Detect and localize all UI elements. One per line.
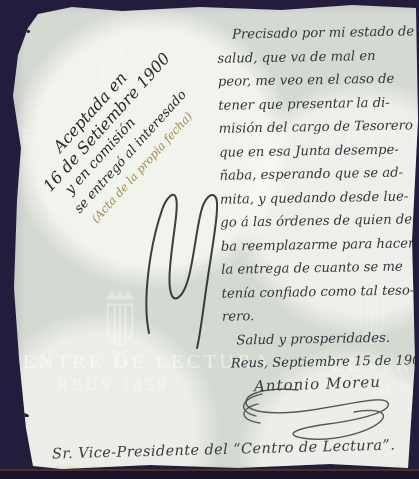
letter-line: rero. bbox=[222, 306, 419, 333]
ink-speck bbox=[21, 413, 29, 417]
letter-line: misión del cargo de Tesorero bbox=[219, 118, 419, 145]
watermark-crest-icon bbox=[350, 284, 394, 350]
watermark-subtitle-lower-right: EUS 18 bbox=[372, 381, 419, 399]
ink-speck bbox=[19, 17, 24, 24]
scanned-letter-page: { "colors": { "background": "#241c3c", "… bbox=[0, 0, 419, 479]
ink-speck bbox=[27, 30, 30, 33]
watermark-subtitle-upper-left: REUS 1859 bbox=[58, 151, 171, 169]
watermark-crest-icon bbox=[96, 46, 132, 110]
letter-line: ba reemplazarme para hacer- bbox=[221, 236, 419, 263]
letter-line: Precisado por mi estado de bbox=[232, 24, 417, 51]
letter-line: que en esa Junta desempe- bbox=[219, 142, 419, 169]
letter-line: la entrega de cuanto se me bbox=[221, 259, 419, 286]
annotation-line: 16 de Setiembre 1900 bbox=[39, 10, 208, 195]
watermark-title-upper-right: CENTRE DE L bbox=[262, 128, 419, 151]
letter-paper: CENTRE DE LECTURA CENTRE DE L REUS 1859 … bbox=[0, 0, 419, 479]
table-background-strip bbox=[0, 469, 419, 479]
letter-line: mita, y quedando desde lue- bbox=[220, 189, 419, 216]
watermark-title-lower-right: CENTRE DE LE bbox=[330, 354, 419, 377]
ink-paraph-flourish bbox=[0, 0, 419, 479]
address-line: Sr. Vice-Presidente del “Centro de Lectu… bbox=[52, 438, 396, 463]
letter-line: ñaba, esperando que se ad- bbox=[219, 165, 419, 192]
watermark-subtitle-upper-right: 1859 bbox=[318, 152, 366, 170]
letter-line: salud, que va de mal en bbox=[217, 48, 417, 75]
annotation-line: se entregó al interesado bbox=[70, 36, 237, 218]
ink-speck bbox=[15, 153, 19, 157]
letter-line: tenía confiado como tal teso- bbox=[221, 283, 419, 310]
signature-rubric-flourish bbox=[0, 0, 419, 479]
letter-dateline: Reus, Septiembre 15 de 1901 bbox=[231, 353, 419, 380]
letter-line: peor, me veo en el caso de bbox=[218, 71, 418, 98]
watermark-title-upper-left: CENTRE DE LECTURA bbox=[4, 126, 270, 149]
letter-body: Precisado por mi estado de salud, que va… bbox=[217, 24, 419, 380]
letter-line: tener que presentar la di- bbox=[218, 95, 418, 122]
letter-line: go á las órdenes de quien de- bbox=[220, 212, 419, 239]
watermark-crest-icon bbox=[97, 290, 143, 360]
watermark-title-lower-left: CENTRE DE LECTURA bbox=[6, 351, 272, 374]
acceptance-annotation: Aceptada en 16 de Setiembre 1900 y en co… bbox=[25, 0, 251, 233]
annotation-line: Aceptada en bbox=[49, 0, 194, 156]
annotation-line: y en comisión bbox=[61, 23, 222, 199]
annotation-line-faded: (Acta de la propia fecha) bbox=[87, 48, 251, 227]
letter-line: Salud y prosperidades. bbox=[236, 330, 419, 357]
watermark-subtitle-lower-left: REUS 1859 bbox=[57, 377, 170, 395]
signature: Antonio Moreu bbox=[254, 373, 381, 395]
